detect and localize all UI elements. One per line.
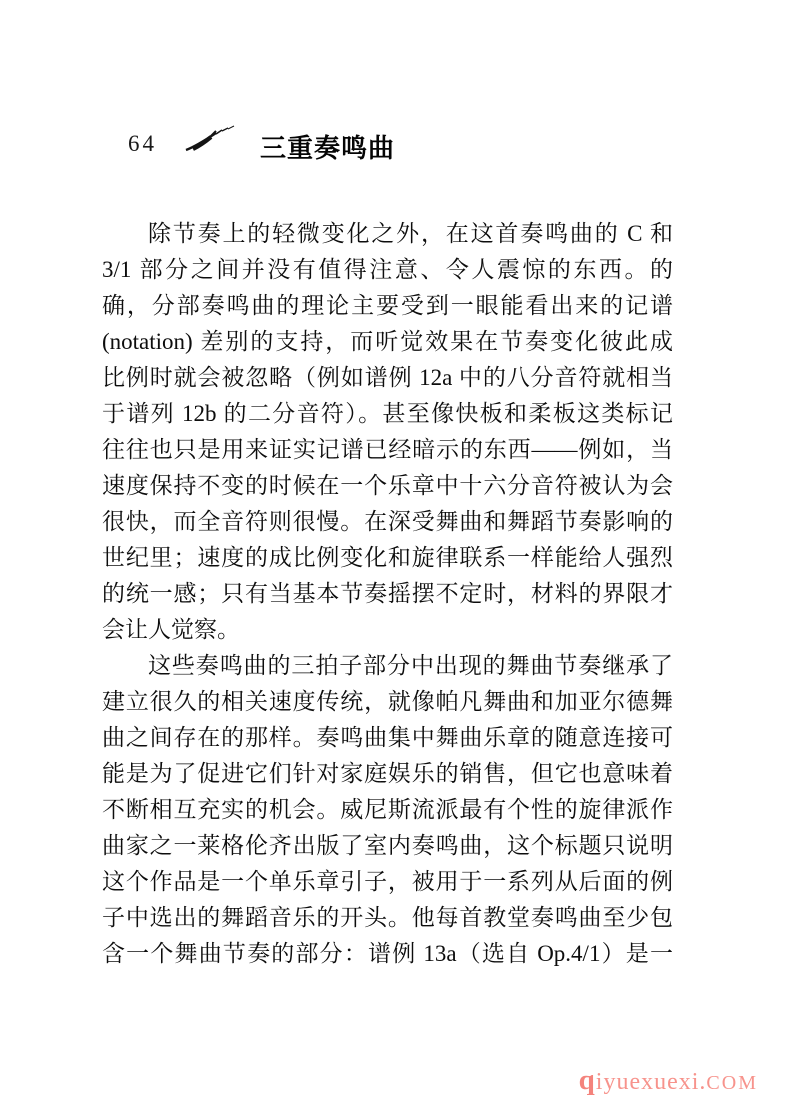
text-line: 的统一感；只有当基本节奏摇摆不定时，材料的界限才 [102, 576, 673, 612]
watermark-middle: iyuexuexi. [596, 1069, 707, 1095]
text-line: 含一个舞曲节奏的部分：谱例 13a（选自 Op.4/1）是一 [102, 936, 673, 972]
text-line: 确，分部奏鸣曲的理论主要受到一眼能看出来的记谱 [102, 288, 673, 324]
text-line: 速度保持不变的时候在一个乐章中十六分音符被认为会 [102, 468, 673, 504]
text-line: 曲之间存在的那样。奏鸣曲集中舞曲乐章的随意连接可 [102, 720, 673, 756]
watermark-tld: COM [706, 1072, 758, 1094]
text-line: 这些奏鸣曲的三拍子部分中出现的舞曲节奏继承了 [102, 648, 673, 684]
page-number: 64 [128, 131, 157, 157]
text-line: 会让人觉察。 [102, 612, 673, 648]
chapter-title: 三重奏鸣曲 [260, 128, 395, 165]
text-line: 建立很久的相关速度传统，就像帕凡舞曲和加亚尔德舞 [102, 684, 673, 720]
text-line: 很快，而全音符则很慢。在深受舞曲和舞蹈节奏影响的 [102, 504, 673, 540]
text-line: (notation) 差别的支持，而听觉效果在节奏变化彼此成 [102, 324, 673, 360]
text-line: 于谱列 12b 的二分音符）。甚至像快板和柔板这类标记 [102, 396, 673, 432]
watermark-lead-letter: q [579, 1064, 596, 1096]
brush-flourish-icon [184, 124, 236, 154]
book-page: 64 三重奏鸣曲 除节奏上的轻微变化之外，在这首奏鸣曲的 C 和3/1 部分之间… [0, 0, 794, 1120]
watermark: qiyuexuexi.COM [579, 1064, 758, 1097]
text-line: 这个作品是一个单乐章引子，被用于一系列从后面的例 [102, 864, 673, 900]
text-line: 曲家之一莱格伦齐出版了室内奏鸣曲，这个标题只说明 [102, 828, 673, 864]
text-line: 除节奏上的轻微变化之外，在这首奏鸣曲的 C 和 [102, 216, 673, 252]
text-line: 能是为了促进它们针对家庭娱乐的销售，但它也意味着 [102, 756, 673, 792]
text-line: 子中选出的舞蹈音乐的开头。他每首教堂奏鸣曲至少包 [102, 900, 673, 936]
body-text: 除节奏上的轻微变化之外，在这首奏鸣曲的 C 和3/1 部分之间并没有值得注意、令… [102, 216, 673, 972]
text-line: 3/1 部分之间并没有值得注意、令人震惊的东西。的 [102, 252, 673, 288]
text-line: 不断相互充实的机会。威尼斯流派最有个性的旋律派作 [102, 792, 673, 828]
text-line: 比例时就会被忽略（例如谱例 12a 中的八分音符就相当 [102, 360, 673, 396]
text-line: 世纪里；速度的成比例变化和旋律联系一样能给人强烈 [102, 540, 673, 576]
text-line: 往往也只是用来证实记谱已经暗示的东西——例如，当 [102, 432, 673, 468]
